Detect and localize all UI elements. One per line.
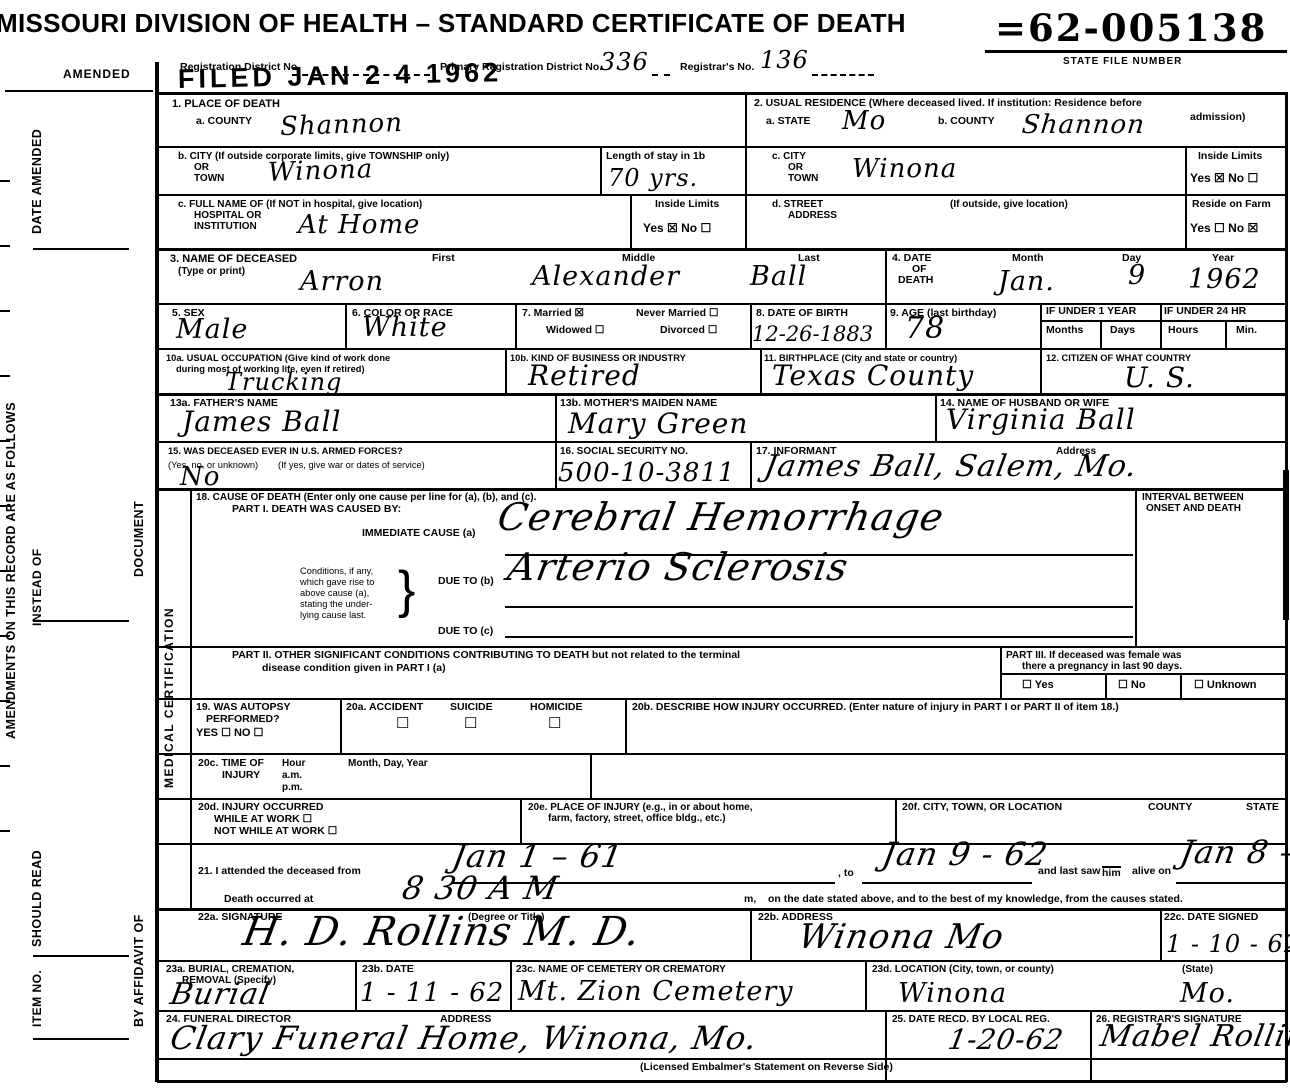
residence-county-value: Shannon (1021, 112, 1147, 138)
should-read-label: SHOULD READ (30, 838, 44, 958)
reside-on-farm-checkboxes: Yes ☐ No ☒ (1190, 222, 1258, 235)
date-of-birth-value: 12-26-1883 (752, 324, 873, 345)
county-label: a. COUNTY (196, 116, 252, 128)
last-saw-label: and last saw (1038, 866, 1100, 878)
grid-line (520, 798, 522, 845)
father-name-value: James Ball (182, 408, 342, 436)
conditions-line-4: stating the under- (300, 599, 372, 609)
grid-line (1180, 673, 1182, 700)
grid-line (157, 698, 1287, 700)
months-label: Months (1046, 325, 1083, 337)
grid-line (0, 180, 10, 182)
due-to-b-label: DUE TO (b) (438, 576, 494, 588)
while-at-work-checkbox: WHILE AT WORK ☐ (214, 814, 312, 826)
grid-line (157, 348, 1287, 350)
ssn-value: 500-10-3811 (558, 460, 735, 486)
month-label: Month (1012, 253, 1044, 265)
attended-label: 21. I attended the deceased from (198, 866, 361, 878)
grid-line (895, 798, 897, 845)
physician-signature-value: H. D. Rollins M. D. (240, 912, 644, 952)
grid-line (750, 303, 752, 350)
grid-line (0, 700, 10, 702)
grid-line (157, 303, 1287, 305)
grid-line (625, 698, 627, 755)
burial-date-value: 1 - 11 - 62 (360, 980, 504, 1006)
filed-stamp: FILED JAN 2 4 1962 (178, 57, 503, 95)
state-file-number-label: STATE FILE NUMBER (1063, 56, 1182, 67)
business-value: Retired (528, 362, 641, 390)
part3-label-2: there a pregnancy in last 90 days. (1022, 661, 1182, 672)
homicide-label: HOMICIDE (530, 702, 583, 714)
grid-line (157, 92, 1287, 95)
inside-limits-label-2c: Inside Limits (1198, 151, 1262, 163)
grid-line (865, 960, 867, 1012)
interval-label: INTERVAL BETWEEN (1142, 492, 1244, 503)
grid-line (157, 248, 1287, 251)
death-time-value: 8 30 A M (400, 872, 561, 904)
married-checkbox: 7. Married ☒ (522, 308, 584, 320)
grid-line (1100, 320, 1102, 350)
burial-state-value: Mo. (1180, 980, 1235, 1007)
death-occurred-text: on the date stated above, and to the bes… (768, 894, 1183, 906)
suicide-label: SUICIDE (450, 702, 493, 714)
residence-town-label: TOWN (788, 173, 818, 184)
grid-line (1160, 303, 1162, 350)
grid-line (157, 441, 1287, 443)
grid-line (862, 882, 1032, 884)
conditions-line-3: above cause (a), (300, 588, 369, 598)
conditions-line-5: lying cause last. (300, 610, 366, 620)
fill-line (812, 60, 874, 76)
grid-line (0, 570, 10, 572)
grid-line (0, 830, 10, 832)
by-affidavit-label: BY AFFIDAVIT OF (132, 900, 146, 1042)
alive-on-label: alive on (1132, 866, 1171, 878)
pregnancy-yes-checkbox: ☐ Yes (1022, 679, 1054, 691)
informant-value: James Ball, Salem, Mo. (762, 452, 1140, 482)
grid-line (190, 488, 192, 910)
min-label: Min. (1236, 325, 1257, 337)
hours-label: Hours (1168, 325, 1198, 337)
reside-on-farm-label: Reside on Farm (1192, 199, 1271, 211)
last-saw-value: Jan 8 – 62 (1178, 836, 1290, 868)
grid-line (1040, 303, 1042, 350)
grid-line (750, 441, 752, 490)
birthplace-value: Texas County (772, 362, 974, 390)
part3-label: PART III. If deceased was female was (1006, 650, 1181, 661)
grid-line (555, 393, 557, 443)
never-married-checkbox: Never Married ☐ (636, 308, 718, 320)
grid-line (1283, 470, 1289, 620)
conditions-line-2: which gave rise to (300, 577, 374, 587)
death-year-value: 1962 (1188, 266, 1261, 293)
accident-label: 20a. ACCIDENT (346, 702, 423, 714)
age-value: 78 (905, 314, 945, 344)
sex-value: Male (176, 316, 248, 343)
street-hint: (If outside, give location) (950, 199, 1068, 210)
date-of-death-label-3: DEATH (898, 275, 933, 287)
street-label: d. STREET (772, 199, 823, 210)
grid-line (515, 303, 517, 350)
inside-limits-checkboxes-1c: Yes ☒ No ☐ (643, 222, 711, 235)
immediate-cause-value: Cerebral Hemorrhage (495, 498, 947, 536)
grid-line (510, 960, 512, 1012)
residence-city-label: c. CITY (772, 151, 806, 162)
grid-line (33, 1038, 129, 1040)
grid-line (1105, 673, 1107, 700)
grid-line (505, 348, 507, 395)
grid-line (157, 146, 1287, 148)
funeral-director-value: Clary Funeral Home, Winona, Mo. (168, 1022, 760, 1054)
registrar-signature-value: Mabel Rollins (1098, 1022, 1290, 1052)
part1-label: PART I. DEATH WAS CAUSED BY: (232, 504, 401, 516)
grid-line (885, 248, 887, 350)
death-day-value: 9 (1128, 262, 1146, 289)
grid-line (452, 882, 835, 884)
grid-line (157, 1010, 1287, 1012)
grid-line (600, 146, 602, 196)
grid-line (1040, 320, 1287, 322)
accident-checkbox: ☐ (396, 714, 409, 732)
usual-residence-title: 2. USUAL RESIDENCE (Where deceased lived… (754, 98, 1142, 110)
grid-line (157, 488, 1287, 491)
grid-line (1040, 348, 1042, 395)
burial-state-label: (State) (1182, 964, 1213, 975)
occupation-value: Trucking (225, 370, 342, 394)
hospital-label: c. FULL NAME OF (If NOT in hospital, giv… (178, 199, 422, 210)
grid-line (33, 620, 129, 622)
state-label: a. STATE (766, 116, 811, 128)
grid-line (0, 245, 10, 247)
date-of-birth-label: 8. DATE OF BIRTH (756, 308, 848, 320)
residence-county-label: b. COUNTY (938, 116, 995, 128)
grid-line (750, 908, 752, 962)
m-label: m, (744, 894, 756, 906)
registrar-no-label: Registrar's No. (680, 62, 754, 74)
describe-injury-label: 20b. DESCRIBE HOW INJURY OCCURRED. (Ente… (632, 702, 1119, 714)
inside-limits-label-1c: Inside Limits (655, 199, 719, 211)
time-of-injury-label-2: INJURY (222, 770, 260, 782)
state-value: Mo (842, 108, 886, 134)
injury-city-label: 20f. CITY, TOWN, OR LOCATION (902, 802, 1062, 814)
grid-line (885, 1010, 887, 1082)
injury-county-label: COUNTY (1148, 802, 1192, 814)
grid-line (155, 62, 159, 1082)
interval-label-2: ONSET AND DEATH (1146, 503, 1241, 514)
mother-maiden-value: Mary Green (568, 410, 748, 438)
time-of-injury-label: 20c. TIME OF (198, 758, 264, 770)
or-label: OR (194, 162, 209, 173)
county-value: Shannon (280, 110, 404, 140)
grid-line (1000, 673, 1287, 675)
occupation-label: 10a. USUAL OCCUPATION (Give kind of work… (166, 353, 390, 363)
pm-label: p.m. (282, 782, 303, 793)
part2-label-2: disease condition given in PART I (a) (262, 663, 446, 675)
citizen-value: U. S. (1124, 364, 1195, 392)
middle-name-value: Alexander (532, 263, 680, 290)
grid-line (157, 753, 1287, 755)
grid-line (555, 441, 557, 490)
date-signed-value: 1 - 10 - 62 (1166, 932, 1290, 956)
grid-line (157, 798, 1287, 800)
color-race-value: White (362, 314, 448, 341)
cause-of-death-label: 18. CAUSE OF DEATH (Enter only one cause… (196, 492, 536, 503)
month-day-year-label: Month, Day, Year (348, 758, 428, 769)
grid-line (340, 698, 342, 755)
grid-line (355, 960, 357, 1012)
ssn-label: 16. SOCIAL SECURITY NO. (560, 446, 688, 457)
conditions-line-1: Conditions, if any, (300, 566, 373, 576)
grid-line (157, 393, 1287, 396)
grid-line (1176, 882, 1287, 884)
grid-line (33, 955, 129, 957)
state-file-number: =62-005138 (995, 6, 1267, 50)
grid-line (505, 606, 1133, 608)
armed-forces-label: 15. WAS DECEASED EVER IN U.S. ARMED FORC… (168, 446, 403, 456)
homicide-checkbox: ☐ (548, 714, 561, 732)
grid-line (1185, 146, 1187, 250)
hour-label: Hour (282, 758, 305, 769)
widowed-checkbox: Widowed ☐ (546, 325, 604, 337)
grid-line (590, 753, 592, 800)
grid-line (157, 960, 1287, 962)
grid-line (0, 505, 10, 507)
grid-line (0, 635, 10, 637)
suicide-checkbox: ☐ (464, 714, 477, 732)
page-title: MISSOURI DIVISION OF HEALTH – STANDARD C… (0, 8, 906, 39)
grid-line (157, 843, 1287, 845)
document-label: DOCUMENT (132, 488, 146, 590)
autopsy-label: 19. WAS AUTOPSY (196, 702, 291, 714)
primary-district-value: 336 (600, 50, 649, 74)
grid-line (1225, 320, 1227, 350)
burial-location-label: 23d. LOCATION (City, town, or county) (872, 964, 1054, 975)
grid-line (157, 1058, 1285, 1060)
grid-line (0, 765, 10, 767)
hospital-value: At Home (298, 212, 420, 238)
grid-line (0, 440, 10, 442)
usual-residence-title-2: admission) (1190, 112, 1245, 124)
grid-line (1000, 646, 1002, 700)
embalmer-note: (Licensed Embalmer's Statement on Revers… (640, 1062, 893, 1074)
grid-line (5, 90, 153, 92)
hospital-label-3: INSTITUTION (194, 221, 257, 232)
grid-line (985, 50, 1287, 53)
year-label: Year (1212, 253, 1234, 265)
death-occurred-label: Death occurred at (224, 894, 313, 906)
grid-line (1160, 908, 1162, 962)
first-name-value: Arron (300, 268, 384, 295)
item-no-label: ITEM NO. (30, 958, 44, 1038)
grid-line (505, 636, 1133, 638)
grid-line (157, 1080, 1287, 1083)
if-under-24hr-label: IF UNDER 24 HR (1164, 306, 1246, 318)
length-of-stay-label: Length of stay in 1b (606, 151, 705, 163)
grid-line (935, 393, 937, 443)
residence-city-value: Winona (852, 156, 957, 182)
days-label: Days (1110, 325, 1135, 337)
spouse-value: Virginia Ball (946, 406, 1136, 434)
physician-address-value: Winona Mo (796, 920, 1007, 954)
immediate-cause-label: IMMEDIATE CAUSE (a) (362, 528, 476, 540)
residence-or-label: OR (788, 162, 803, 173)
if-under-1-year-label: IF UNDER 1 YEAR (1046, 306, 1136, 318)
town-label: TOWN (194, 173, 224, 184)
death-certificate-scan: MISSOURI DIVISION OF HEALTH – STANDARD C… (0, 0, 1290, 1088)
injury-occurred-label: 20d. INJURY OCCURRED (198, 802, 323, 814)
autopsy-label-2: PERFORMED? (206, 714, 280, 726)
place-of-death-title: 1. PLACE OF DEATH (172, 98, 280, 110)
attended-to-label: , to (838, 868, 854, 880)
cemetery-label: 23c. NAME OF CEMETERY OR CREMATORY (516, 964, 726, 975)
cemetery-value: Mt. Zion Cemetery (518, 978, 794, 1005)
burial-value: Burial (168, 980, 272, 1010)
grid-line (745, 92, 747, 250)
date-amended-label: DATE AMENDED (30, 114, 44, 248)
grid-line (0, 310, 10, 312)
not-while-at-work-checkbox: NOT WHILE AT WORK ☐ (214, 826, 337, 838)
fill-line (652, 60, 670, 76)
pregnancy-no-checkbox: ☐ No (1118, 679, 1146, 691)
date-signed-label: 22c. DATE SIGNED (1164, 912, 1258, 924)
hospital-label-2: HOSPITAL OR (194, 210, 261, 221)
grid-line (157, 908, 1287, 911)
autopsy-checkboxes: YES ☐ NO ☐ (196, 727, 263, 739)
divorced-checkbox: Divorced ☐ (660, 325, 717, 337)
date-received-value: 1-20-62 (946, 1026, 1066, 1054)
instead-of-label: INSTEAD OF (30, 550, 44, 626)
burial-location-value: Winona (898, 980, 1007, 1007)
length-of-stay-value: 70 yrs. (608, 166, 698, 190)
am-label: a.m. (282, 770, 302, 781)
injury-state-label: STATE (1246, 802, 1279, 814)
grid-line (157, 194, 1287, 196)
due-to-c-label: DUE TO (c) (438, 626, 493, 638)
registrar-no-value: 136 (760, 48, 809, 72)
grid-line (0, 375, 10, 377)
grid-line (505, 554, 1133, 556)
city-value: Winona (268, 156, 374, 186)
pregnancy-unknown-checkbox: ☐ Unknown (1194, 679, 1256, 691)
first-label: First (432, 253, 455, 265)
street-label-2: ADDRESS (788, 210, 837, 221)
him-label: him (1102, 866, 1121, 880)
grid-line (33, 248, 129, 250)
part2-label: PART II. OTHER SIGNIFICANT CONDITIONS CO… (232, 650, 740, 662)
grid-line (157, 646, 1287, 648)
grid-line (345, 303, 347, 350)
grid-line (630, 194, 632, 250)
armed-forces-value: No (180, 464, 220, 490)
grid-line (1090, 1010, 1092, 1082)
last-name-value: Ball (750, 263, 807, 290)
type-or-print-label: (Type or print) (178, 266, 245, 277)
name-of-deceased-label: 3. NAME OF DECEASED (170, 253, 297, 265)
inside-limits-checkboxes-2c: Yes ☒ No ☐ (1190, 172, 1258, 185)
burial-label: 23a. BURIAL, CREMATION, (166, 964, 294, 975)
place-of-injury-label: 20e. PLACE OF INJURY (e.g., in or about … (528, 802, 752, 813)
burial-date-label: 23b. DATE (362, 964, 414, 976)
grid-line (1135, 488, 1137, 648)
place-of-injury-label-2: farm, factory, street, office bldg., etc… (548, 813, 726, 824)
armed-forces-hint-2: (If yes, give war or dates of service) (278, 460, 425, 470)
amended-label: AMENDED (63, 68, 131, 81)
conditions-bracket: } (398, 560, 415, 620)
death-month-value: Jan. (998, 268, 1055, 295)
grid-line (760, 348, 762, 395)
